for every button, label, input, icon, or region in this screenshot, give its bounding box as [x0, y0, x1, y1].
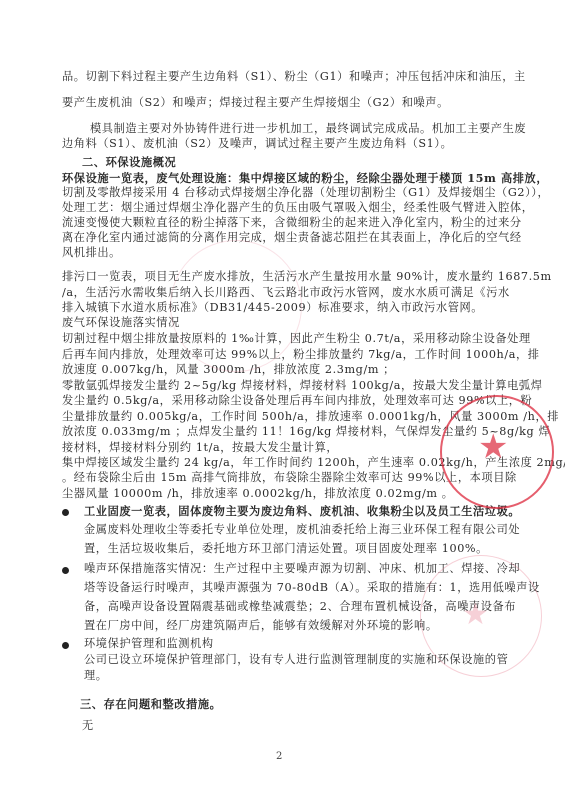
bullet-text: 噪声环保措施落实情况：生产过程中主要噪声源为切割、冲床、机加工、焊接、冷却 — [84, 562, 544, 576]
text-line: 放浓度 0.033mg/m ；点焊发尘量约 11！16g/kg 焊接材料，气保焊… — [62, 425, 522, 439]
text-line: 接材料，焊接材料分别约 1t/a，按最大发尘量计算， — [62, 441, 522, 455]
bullet-icon — [62, 642, 69, 649]
bullet-text: 环境保护管理和监测机构 — [84, 637, 544, 651]
bullet-text: 工业固废一览表，固体废物主要为废边角料、废机油、收集粉尘以及员工生活垃圾。 — [84, 504, 544, 518]
star-icon: ★ — [478, 430, 508, 464]
text-line: 模具制造主要对外协铸件进行进一步机加工，最终调试完成成品。机加工主要产生废 — [90, 122, 550, 136]
bullet-text: 塔等设备运行时噪声，其噪声源强为 70-80dB（A）。采取的措施有：1，选用低… — [84, 581, 544, 595]
page-number: 2 — [276, 751, 282, 762]
text-line: 发尘量约 0.5kg/a，采用移动除尘设备处理后再车间内排放，处理效率可达 99… — [62, 394, 522, 408]
text-line: 零散氩弧焊接发尘量约 2~5g/kg 焊接材料，焊接材料 100kg/a，按最大… — [62, 379, 522, 393]
text-line: 尘量排放量约 0.005kg/a，工作时间 500h/a，排放速率 0.0001… — [62, 410, 522, 424]
text-line: 排污口一览表，项目无生产废水排放，生活污水产生量按用水量 90%计，废水量约 1… — [62, 270, 522, 284]
text-line: 处理工艺：烟尘通过焊烟尘净化器产生的负压由吸气罩吸入烟尘，经柔性吸气臂进入腔体， — [62, 201, 522, 215]
text-line: 排入城镇下水道水质标准》（DB31/445-2009）标准要求，纳入市政污水管网… — [62, 301, 522, 315]
text-line: 环保设施一览表，废气处理设施：集中焊接区域的粉尘，经除尘器处理于楼顶 15m 高… — [62, 171, 522, 185]
bullet-text: 金属废料处理收尘等委托专业单位处理，废机油委托给上海三业环保工程有限公司处 — [84, 523, 544, 537]
bullet-text: 公司已设立环境保护管理部门，设有专人进行监测管理制度的实施和环保设施的管 — [84, 653, 544, 667]
bullet-text: 置，生活垃圾收集后，委托地方环卫部门清运处置。项目固废处理率 100%。 — [84, 542, 544, 556]
text-line: 放速度 0.007kg/h，风量 3000m /h，排放浓度 2.3mg/m ； — [62, 363, 522, 377]
text-line: 切割过程中烟尘排放量按原料的 1‰计算，因此产生粉尘 0.7t/a，采用移动除尘… — [62, 332, 522, 346]
text-line: 流速变慢使大颗粒直径的粉尘掉落下来，含微细粉尘的起来进入净化室内，粉尘的过来分 — [62, 216, 522, 230]
document-page: 品。切割下料过程主要产生边角料（S1）、粉尘（G1）和噪声；冲压包括冲床和油压，… — [0, 0, 565, 800]
bullet-text: 理。 — [84, 669, 544, 683]
section-body: 无 — [82, 719, 542, 733]
section-heading: 二、环保设施概况 — [82, 155, 542, 169]
text-line: /a，生活污水需收集后纳入长川路西、飞云路北市政污水管网，废水水质可满足《污水 — [62, 286, 522, 300]
text-line: 要产生废机油（S2）和噪声；焊接过程主要产生焊接烟尘（G2）和噪声。 — [62, 96, 522, 110]
section-heading: 三、存在问题和整改措施。 — [80, 697, 540, 711]
text-line: 品。切割下料过程主要产生边角料（S1）、粉尘（G1）和噪声；冲压包括冲床和油压，… — [62, 70, 522, 84]
bullet-icon — [62, 567, 69, 574]
text-line: 风机排出。 — [62, 246, 522, 260]
text-line: 尘器风量 10000m /h，排放速率 0.0002kg/h，排放浓度 0.02… — [62, 487, 522, 501]
bullet-icon — [62, 509, 69, 516]
subsection-title: 废气环保设施落实情况 — [62, 316, 522, 330]
text-line: 边角料（S1）、废机油（S2）及噪声，调试过程主要产生废边角料（S1）。 — [62, 137, 522, 151]
text-line: 切割及零散焊接采用 4 台移动式焊接烟尘净化器（处理切割粉尘（G1）及焊接烟尘（… — [62, 186, 522, 200]
star-icon: ★ — [462, 598, 489, 632]
text-line: 后再车间内排放，处理效率可达 99%以上，粉尘排放量约 7kg/a，工作时间 1… — [62, 348, 522, 362]
text-line: 。经布袋除尘后由 15m 高排气筒排放，布袋除尘器除尘效率可达 99%以上，本项… — [62, 471, 522, 485]
text-line: 集中焊接区域发尘量约 24 kg/a，年工作时间约 1200h，产生速率 0.0… — [62, 456, 522, 470]
text-line: 离在净化室内通过滤筒的分离作用完成，烟尘责备滤芯阻拦在其表面上，净化后的空气经 — [62, 231, 522, 245]
